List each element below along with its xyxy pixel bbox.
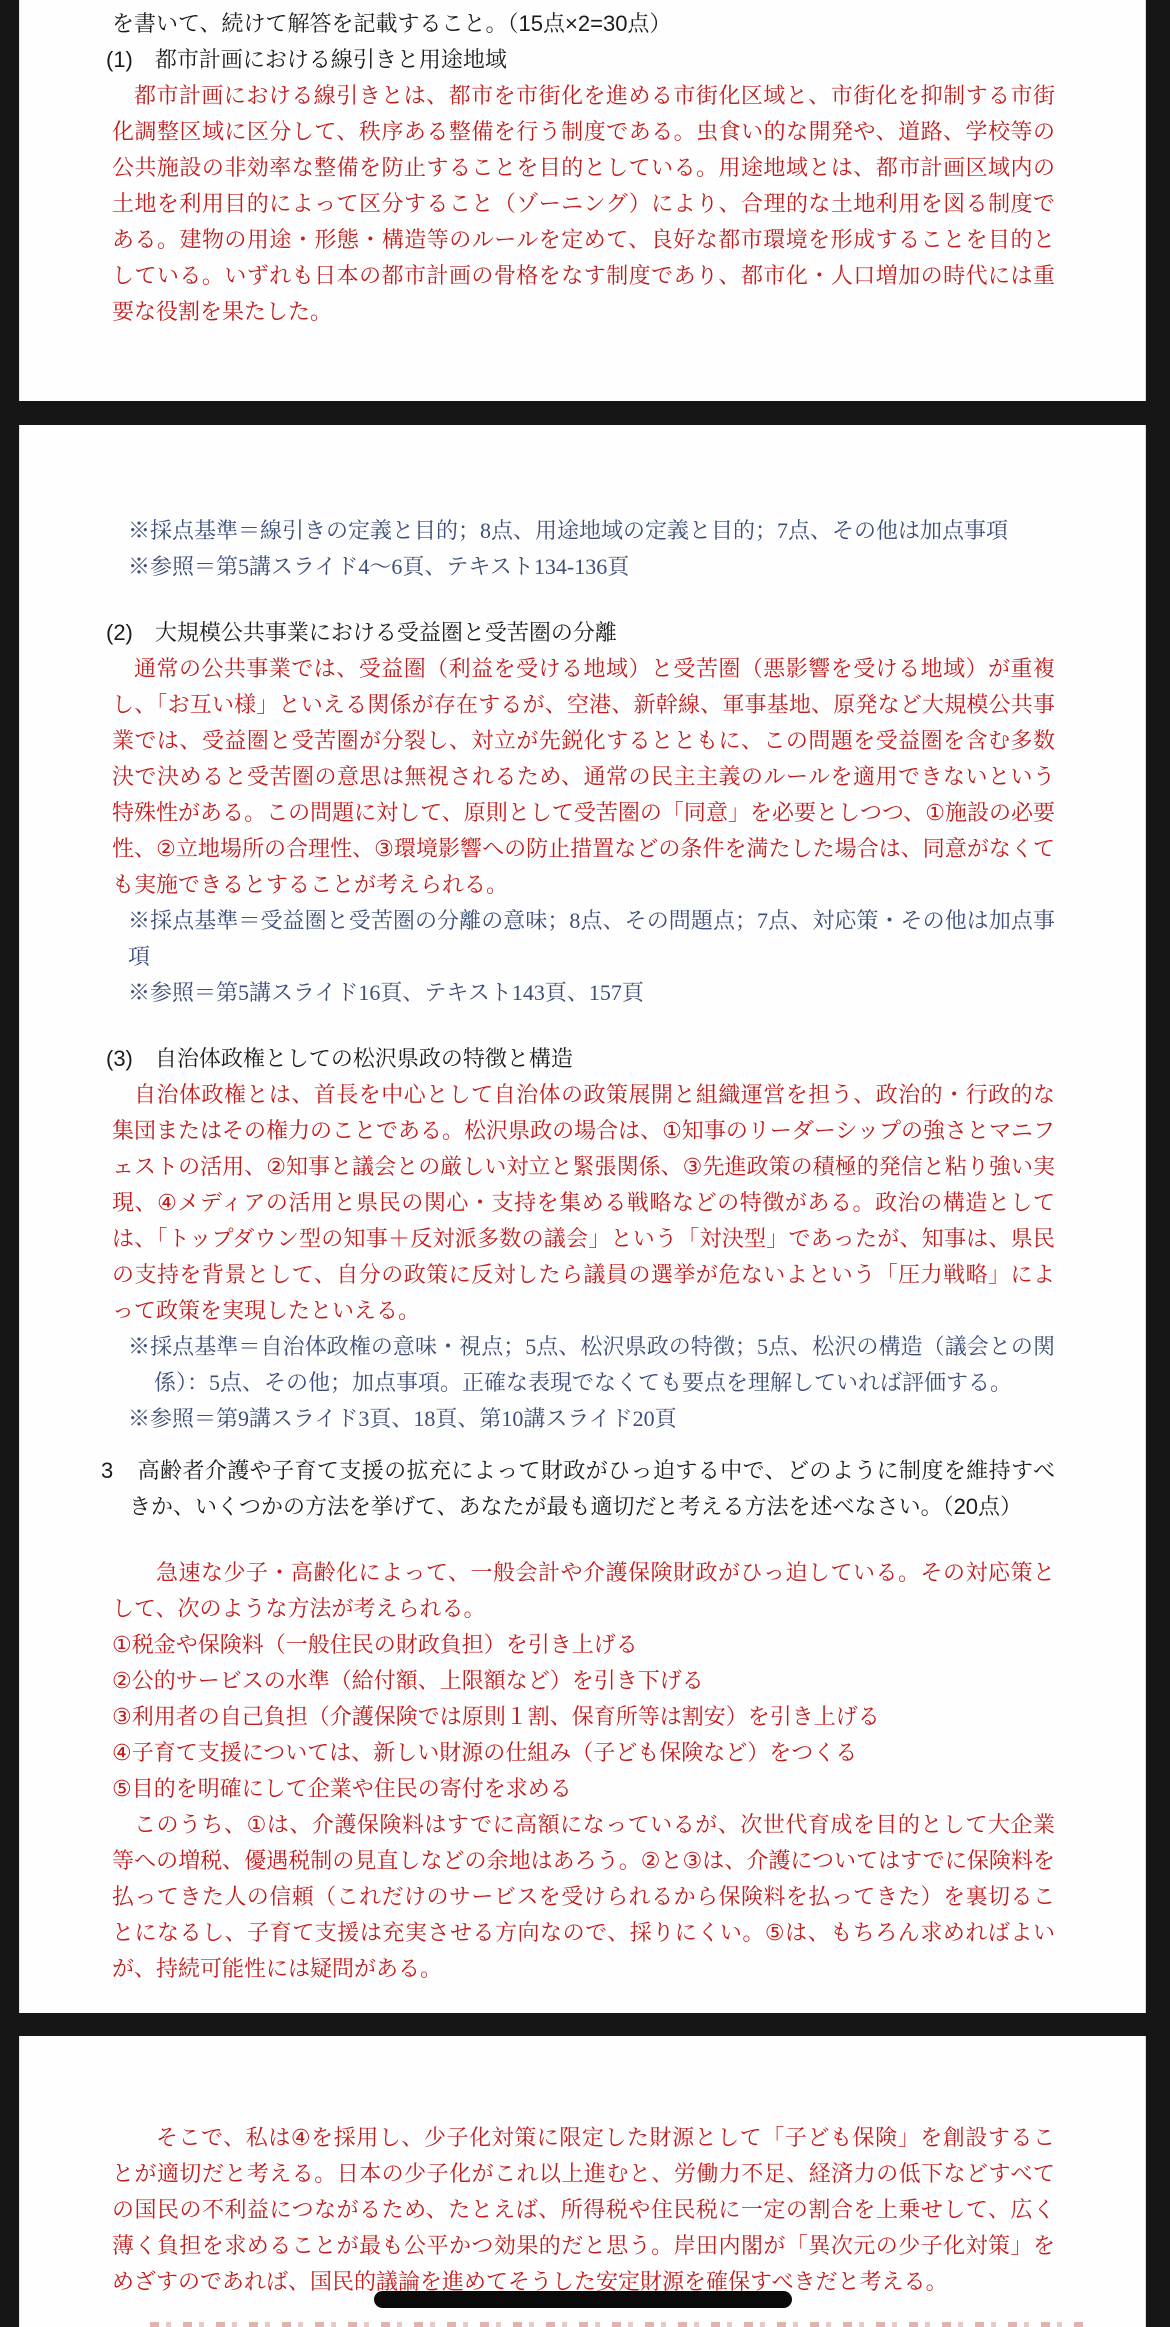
document-page-2: ※採点基準＝線引きの定義と目的；8点、用途地域の定義と目的；7点、その他は加点事… bbox=[19, 425, 1146, 2013]
answer3-conclusion-paragraph: そこで、私は④を採用し、少子化対策に限定した財源として「子ども保険」を創設するこ… bbox=[112, 2120, 1055, 2300]
answer3-option-4: ④子育て支援については、新しい財源の仕組み（子ども保険など）をつくる bbox=[112, 1735, 1055, 1771]
q3-grading-criteria: ※採点基準＝自治体政権の意味・視点；5点、松沢県政の特徴；5点、松沢の構造（議会… bbox=[128, 1329, 1055, 1401]
question-3: 3高齢者介護や子育て支援の拡充によって財政がひっ迫する中で、どのように制度を維持… bbox=[101, 1453, 1055, 1525]
answer3-option-3: ③利用者の自己負担（介護保険では原則１割、保育所等は割安）を引き上げる bbox=[112, 1699, 1055, 1735]
q2-grading-criteria: ※採点基準＝受益圏と受苦圏の分離の意味；8点、その問題点；7点、対応策・その他は… bbox=[128, 903, 1055, 975]
document-page-3: そこで、私は④を採用し、少子化対策に限定した財源として「子ども保険」を創設するこ… bbox=[19, 2036, 1146, 2327]
intro-continuation-line: を書いて、続けて解答を記載すること。（15点×2=30点） bbox=[112, 6, 1055, 42]
answer3-option-1: ①税金や保険料（一般住民の財政負担）を引き上げる bbox=[112, 1627, 1055, 1663]
q1-heading: (1) 都市計画における線引きと用途地域 bbox=[106, 42, 1055, 78]
question-3-text: 高齢者介護や子育て支援の拡充によって財政がひっ迫する中で、どのように制度を維持す… bbox=[129, 1458, 1055, 1519]
redaction-bar bbox=[374, 2291, 792, 2308]
answer3-option-5: ⑤目的を明確にして企業や住民の寄付を求める bbox=[112, 1771, 1055, 1807]
q2-reference: ※参照＝第5講スライド16頁、テキスト143頁、157頁 bbox=[128, 975, 1055, 1011]
answer3-evaluation-paragraph: このうち、①は、介護保険料はすでに高額になっているが、次世代育成を目的として大企… bbox=[112, 1807, 1055, 1987]
answer3-intro-paragraph: 急速な少子・高齢化によって、一般会計や介護保険財政がひっ迫している。その対応策と… bbox=[112, 1555, 1055, 1627]
q3-answer-paragraph: 自治体政権とは、首長を中心として自治体の政策展開と組織運営を担う、政治的・行政的… bbox=[112, 1077, 1055, 1329]
q2-answer-paragraph: 通常の公共事業では、受益圏（利益を受ける地域）と受苦圏（悪影響を受ける地域）が重… bbox=[112, 651, 1055, 903]
q1-grading-criteria: ※採点基準＝線引きの定義と目的；8点、用途地域の定義と目的；7点、その他は加点事… bbox=[128, 513, 1055, 549]
q2-heading: (2) 大規模公共事業における受益圏と受苦圏の分離 bbox=[106, 615, 1055, 651]
clipped-next-line-sliver bbox=[150, 2322, 1085, 2327]
q3-reference: ※参照＝第9講スライド3頁、18頁、第10講スライド20頁 bbox=[128, 1401, 1055, 1437]
question-3-number: 3 bbox=[101, 1458, 113, 1483]
q1-answer-paragraph: 都市計画における線引きとは、都市を市街化を進める市街化区域と、市街化を抑制する市… bbox=[112, 78, 1055, 330]
q3-heading: (3) 自治体政権としての松沢県政の特徴と構造 bbox=[106, 1041, 1055, 1077]
document-page-1: を書いて、続けて解答を記載すること。（15点×2=30点） (1) 都市計画にお… bbox=[19, 0, 1146, 401]
answer3-option-2: ②公的サービスの水準（給付額、上限額など）を引き下げる bbox=[112, 1663, 1055, 1699]
q1-reference: ※参照＝第5講スライド4〜6頁、テキスト134-136頁 bbox=[128, 549, 1055, 585]
